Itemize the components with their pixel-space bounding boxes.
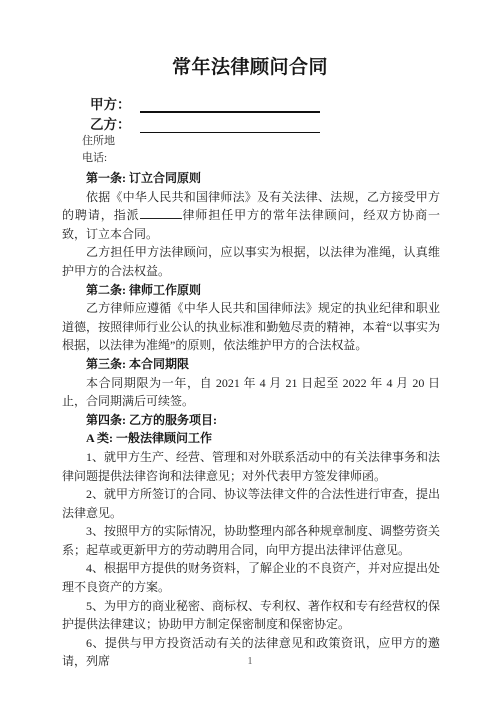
party-a-blank-line [140, 96, 320, 113]
section-4-subheading: A 类: 一般法律顾问工作 [62, 429, 440, 448]
party-b-row: 乙方： [82, 113, 500, 133]
section-2-paragraph-1: 乙方律师应遵循《中华人民共和国律师法》规定的执业纪律和职业道德，按照律师行业公认… [62, 299, 440, 355]
party-b-blank-line [140, 117, 320, 133]
section-1-heading: 第一条: 订立合同原则 [62, 169, 440, 188]
section-1-paragraph-2: 乙方担任甲方法律顾问，应以事实为根据，以法律为准绳，认真维护甲方的合法权益。 [62, 243, 440, 280]
document-title: 常年法律顾问合同 [0, 0, 500, 81]
section-1-paragraph-1: 依据《中华人民共和国律师法》及有关法律、法规，乙方接受甲方的聘请，指派律师担任甲… [62, 188, 440, 244]
contract-document-page: 常年法律顾问合同 甲方： 乙方： 住所地 电话: 第一条: 订立合同原则 依据《… [0, 0, 500, 707]
section-2-heading: 第二条: 律师工作原则 [62, 281, 440, 300]
service-item-1: 1、就甲方生产、经营、管理和对外联系活动中的有关法律事务和法律问题提供法律咨询和… [62, 448, 440, 485]
party-a-label: 甲方： [90, 93, 131, 113]
page-number: 1 [0, 656, 500, 667]
service-item-3: 3、按照甲方的实际情况，协助整理内部各种规章制度、调整劳资关系；起草或更新甲方的… [62, 522, 440, 559]
party-info-block: 甲方： 乙方： 住所地 电话: [82, 93, 500, 167]
phone-label: 电话: [82, 150, 500, 167]
section-4-heading: 第四条: 乙方的服务项目: [62, 411, 440, 430]
service-item-2: 2、就甲方所签订的合同、协议等法律文件的合法性进行审查，提出法律意见。 [62, 485, 440, 522]
section-3-heading: 第三条: 本合同期限 [62, 355, 440, 374]
service-item-4: 4、根据甲方提供的财务资料，了解企业的不良资产，并对应提出处理不良资产的方案。 [62, 559, 440, 596]
party-a-row: 甲方： [82, 93, 500, 113]
service-item-5: 5、为甲方的商业秘密、商标权、专利权、著作权和专有经营权的保护提供法律建议；协助… [62, 597, 440, 634]
party-b-label: 乙方： [90, 113, 131, 133]
address-label: 住所地 [82, 133, 500, 150]
lawyer-name-blank-line [140, 207, 182, 219]
contract-body: 第一条: 订立合同原则 依据《中华人民共和国律师法》及有关法律、法规，乙方接受甲… [0, 167, 500, 671]
section-3-paragraph-1: 本合同期限为一年，自 2021 年 4 月 21 日起至 2022 年 4 月 … [62, 374, 440, 411]
